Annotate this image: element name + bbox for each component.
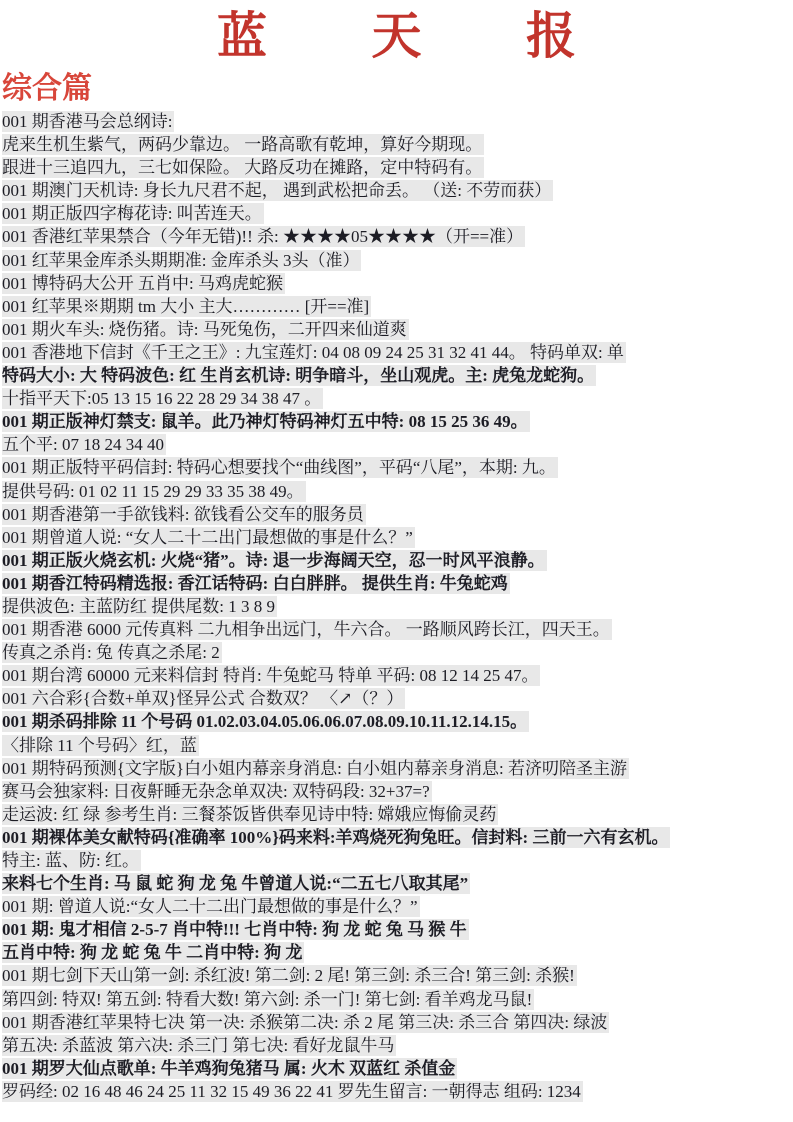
text-line-content: 001 期正版四字梅花诗: 叫苦连天。 [2,203,264,224]
text-line-content: 001 期香港红苹果特七决 第一决: 杀猴第二决: 杀 2 尾 第三决: 杀三合… [2,1012,609,1033]
text-line-19: 001 期曾道人说: “女人二十二出门最想做的事是什么？” [2,526,793,549]
text-line-content: 001 期正版神灯禁支: 鼠羊。此乃神灯特码神灯五中特: 08 15 25 36… [2,411,530,432]
text-line-3: 跟进十三追四九，三七如保险。 大路反功在摊路，定中特码有。 [2,156,793,179]
text-line-42: 001 期罗大仙点歌单: 牛羊鸡狗兔猪马 属: 火木 双蓝红 杀值金 [2,1057,793,1080]
text-line-content: 001 期香江特码精选报: 香江话特码: 白白胖胖。 提供生肖: 牛兔蛇鸡 [2,573,510,594]
text-line-content: 001 香港红苹果禁合（今年无错)!! 杀: ★★★★05★★★★（开==准） [2,226,525,247]
text-line-content: 001 期曾道人说: “女人二十二出门最想做的事是什么？” [2,527,415,548]
text-line-32: 001 期裸体美女献特码{准确率 100%}码来料:羊鸡烧死狗兔旺。信封料: 三… [2,826,793,849]
text-line-21: 001 期香江特码精选报: 香江话特码: 白白胖胖。 提供生肖: 牛兔蛇鸡 [2,572,793,595]
text-line-28: 〈排除 11 个号码〉红，蓝 [2,734,793,757]
text-line-content: 001 期: 曾道人说:“女人二十二出门最想做的事是什么？” [2,896,420,917]
text-line-content: 001 期香港马会总纲诗: [2,111,174,132]
text-line-34: 来料七个生肖: 马 鼠 蛇 狗 龙 兔 牛曾道人说:“二五七八取其尾” [2,872,793,895]
text-line-30: 赛马会独家料: 日夜鼾睡无杂念单双决: 双特码段: 32+37=? [2,780,793,803]
text-line-26: 001 六合彩{合数+单双}怪异公式 合数双？ 〈↗（？） [2,687,793,710]
text-line-content: 001 期正版特平码信封: 特码心想要找个“曲线图”，平码“八尾”，本期: 九。 [2,457,558,478]
text-line-9: 001 红苹果※期期 tm 大小 主大………… [开==准] [2,295,793,318]
text-line-content: 001 期七剑下天山第一剑: 杀红波! 第二剑: 2 尾! 第三剑: 杀三合! … [2,965,577,986]
text-line-content: 〈排除 11 个号码〉红，蓝 [2,735,199,756]
text-line-content: 001 期澳门天机诗: 身长九尺君不起， 遇到武松把命丢。 （送: 不劳而获） [2,180,553,201]
text-line-content: 五肖中特: 狗 龙 蛇 兔 牛 二肖中特: 狗 龙 [2,942,304,963]
text-line-content: 001 期特码预测{文字版}白小姐内幕亲身消息: 白小姐内幕亲身消息: 若济叨陪… [2,758,629,779]
text-line-18: 001 期香港第一手欲钱料: 欲钱看公交车的服务员 [2,503,793,526]
text-line-content: 特码大小: 大 特码波色: 红 生肖玄机诗: 明争暗斗，坐山观虎。主: 虎兔龙蛇… [2,365,596,386]
text-line-23: 001 期香港 6000 元传真料 二九相争出远门，牛六合。 一路顺风跨长江，四… [2,618,793,641]
text-line-content: 赛马会独家料: 日夜鼾睡无杂念单双决: 双特码段: 32+37=? [2,781,432,802]
text-line-41: 第五决: 杀蓝波 第六决: 杀三门 第七决: 看好龙鼠牛马 [2,1034,793,1057]
text-line-content: 001 期正版火烧玄机: 火烧“猪”。诗: 退一步海阔天空，忍一时风平浪静。 [2,550,547,571]
text-line-content: 001 期裸体美女献特码{准确率 100%}码来料:羊鸡烧死狗兔旺。信封料: 三… [2,827,670,848]
text-line-38: 001 期七剑下天山第一剑: 杀红波! 第二剑: 2 尾! 第三剑: 杀三合! … [2,964,793,987]
text-line-content: 十指平天下:05 13 15 16 22 28 29 34 38 47 。 [2,388,323,409]
text-line-content: 传真之杀肖: 兔 传真之杀尾: 2 [2,642,222,663]
text-line-content: 提供波色: 主蓝防红 提供尾数: 1 3 8 9 [2,596,277,617]
text-line-37: 五肖中特: 狗 龙 蛇 兔 牛 二肖中特: 狗 龙 [2,941,793,964]
text-line-15: 五个平: 07 18 24 34 40 [2,433,793,456]
text-line-5: 001 期正版四字梅花诗: 叫苦连天。 [2,202,793,225]
text-line-content: 罗码经: 02 16 48 46 24 25 11 32 15 49 36 22… [2,1081,583,1102]
text-line-6: 001 香港红苹果禁合（今年无错)!! 杀: ★★★★05★★★★（开==准） [2,225,793,248]
text-line-content: 001 期杀码排除 11 个号码 01.02.03.04.05.06.06.07… [2,711,529,732]
text-line-2: 虎来生机生紫气，两码少靠边。 一路高歌有乾坤，算好今期现。 [2,133,793,156]
text-line-8: 001 博特码大公开 五肖中: 马鸡虎蛇猴 [2,272,793,295]
text-line-17: 提供号码: 01 02 11 15 29 29 33 35 38 49。 [2,480,793,503]
text-line-29: 001 期特码预测{文字版}白小姐内幕亲身消息: 白小姐内幕亲身消息: 若济叨陪… [2,757,793,780]
text-line-36: 001 期: 鬼才相信 2-5-7 肖中特!!! 七肖中特: 狗 龙 蛇 兔 马… [2,918,793,941]
text-line-10: 001 期火车头: 烧伤猪。诗: 马死兔伤，二开四来仙道爽 [2,318,793,341]
text-line-content: 001 期台湾 60000 元来料信封 特肖: 牛兔蛇马 特单 平码: 08 1… [2,665,540,686]
text-line-content: 001 期: 鬼才相信 2-5-7 肖中特!!! 七肖中特: 狗 龙 蛇 兔 马… [2,919,469,940]
document-page: 蓝 天 报 综合篇 001 期香港马会总纲诗:虎来生机生紫气，两码少靠边。 一路… [0,0,793,1122]
text-line-content: 001 六合彩{合数+单双}怪异公式 合数双？ 〈↗（？） [2,688,405,709]
text-line-content: 001 博特码大公开 五肖中: 马鸡虎蛇猴 [2,273,285,294]
text-line-content: 001 红苹果金库杀头期期准: 金库杀头 3头（准） [2,250,361,271]
text-line-content: 走运波: 红 绿 参考生肖: 三餐茶饭皆供奉见诗中特: 嫦娥应悔偷灵药 [2,804,498,825]
text-line-27: 001 期杀码排除 11 个号码 01.02.03.04.05.06.06.07… [2,710,793,733]
text-line-39: 第四剑: 特双! 第五剑: 特看大数! 第六剑: 杀一门! 第七剑: 看羊鸡龙马… [2,988,793,1011]
text-line-content: 001 期火车头: 烧伤猪。诗: 马死兔伤，二开四来仙道爽 [2,319,409,340]
text-line-25: 001 期台湾 60000 元来料信封 特肖: 牛兔蛇马 特单 平码: 08 1… [2,664,793,687]
text-line-content: 提供号码: 01 02 11 15 29 29 33 35 38 49。 [2,481,306,502]
text-line-content: 五个平: 07 18 24 34 40 [2,434,166,455]
text-line-content: 虎来生机生紫气，两码少靠边。 一路高歌有乾坤，算好今期现。 [2,134,484,155]
text-line-content: 第四剑: 特双! 第五剑: 特看大数! 第六剑: 杀一门! 第七剑: 看羊鸡龙马… [2,989,534,1010]
text-line-20: 001 期正版火烧玄机: 火烧“猪”。诗: 退一步海阔天空，忍一时风平浪静。 [2,549,793,572]
text-line-35: 001 期: 曾道人说:“女人二十二出门最想做的事是什么？” [2,895,793,918]
text-line-33: 特主: 蓝、防: 红。 [2,849,793,872]
text-line-12: 特码大小: 大 特码波色: 红 生肖玄机诗: 明争暗斗，坐山观虎。主: 虎兔龙蛇… [2,364,793,387]
text-line-22: 提供波色: 主蓝防红 提供尾数: 1 3 8 9 [2,595,793,618]
text-line-content: 001 期香港第一手欲钱料: 欲钱看公交车的服务员 [2,504,366,525]
content-lines: 001 期香港马会总纲诗:虎来生机生紫气，两码少靠边。 一路高歌有乾坤，算好今期… [0,107,793,1103]
text-line-4: 001 期澳门天机诗: 身长九尺君不起， 遇到武松把命丢。 （送: 不劳而获） [2,179,793,202]
text-line-24: 传真之杀肖: 兔 传真之杀尾: 2 [2,641,793,664]
text-line-14: 001 期正版神灯禁支: 鼠羊。此乃神灯特码神灯五中特: 08 15 25 36… [2,410,793,433]
text-line-content: 001 红苹果※期期 tm 大小 主大………… [开==准] [2,296,371,317]
text-line-11: 001 香港地下信封《千王之王》: 九宝莲灯: 04 08 09 24 25 3… [2,341,793,364]
text-line-7: 001 红苹果金库杀头期期准: 金库杀头 3头（准） [2,249,793,272]
text-line-40: 001 期香港红苹果特七决 第一决: 杀猴第二决: 杀 2 尾 第三决: 杀三合… [2,1011,793,1034]
text-line-content: 跟进十三追四九，三七如保险。 大路反功在摊路，定中特码有。 [2,157,484,178]
text-line-content: 001 香港地下信封《千王之王》: 九宝莲灯: 04 08 09 24 25 3… [2,342,626,363]
text-line-16: 001 期正版特平码信封: 特码心想要找个“曲线图”，平码“八尾”，本期: 九。 [2,456,793,479]
text-line-43: 罗码经: 02 16 48 46 24 25 11 32 15 49 36 22… [2,1080,793,1103]
text-line-content: 特主: 蓝、防: 红。 [2,850,141,871]
section-title: 综合篇 [0,66,793,107]
text-line-content: 来料七个生肖: 马 鼠 蛇 狗 龙 兔 牛曾道人说:“二五七八取其尾” [2,873,470,894]
page-title: 蓝 天 报 [0,0,793,66]
text-line-content: 001 期罗大仙点歌单: 牛羊鸡狗兔猪马 属: 火木 双蓝红 杀值金 [2,1058,457,1079]
text-line-31: 走运波: 红 绿 参考生肖: 三餐茶饭皆供奉见诗中特: 嫦娥应悔偷灵药 [2,803,793,826]
text-line-13: 十指平天下:05 13 15 16 22 28 29 34 38 47 。 [2,387,793,410]
text-line-content: 第五决: 杀蓝波 第六决: 杀三门 第七决: 看好龙鼠牛马 [2,1035,396,1056]
text-line-content: 001 期香港 6000 元传真料 二九相争出远门，牛六合。 一路顺风跨长江，四… [2,619,612,640]
text-line-1: 001 期香港马会总纲诗: [2,110,793,133]
